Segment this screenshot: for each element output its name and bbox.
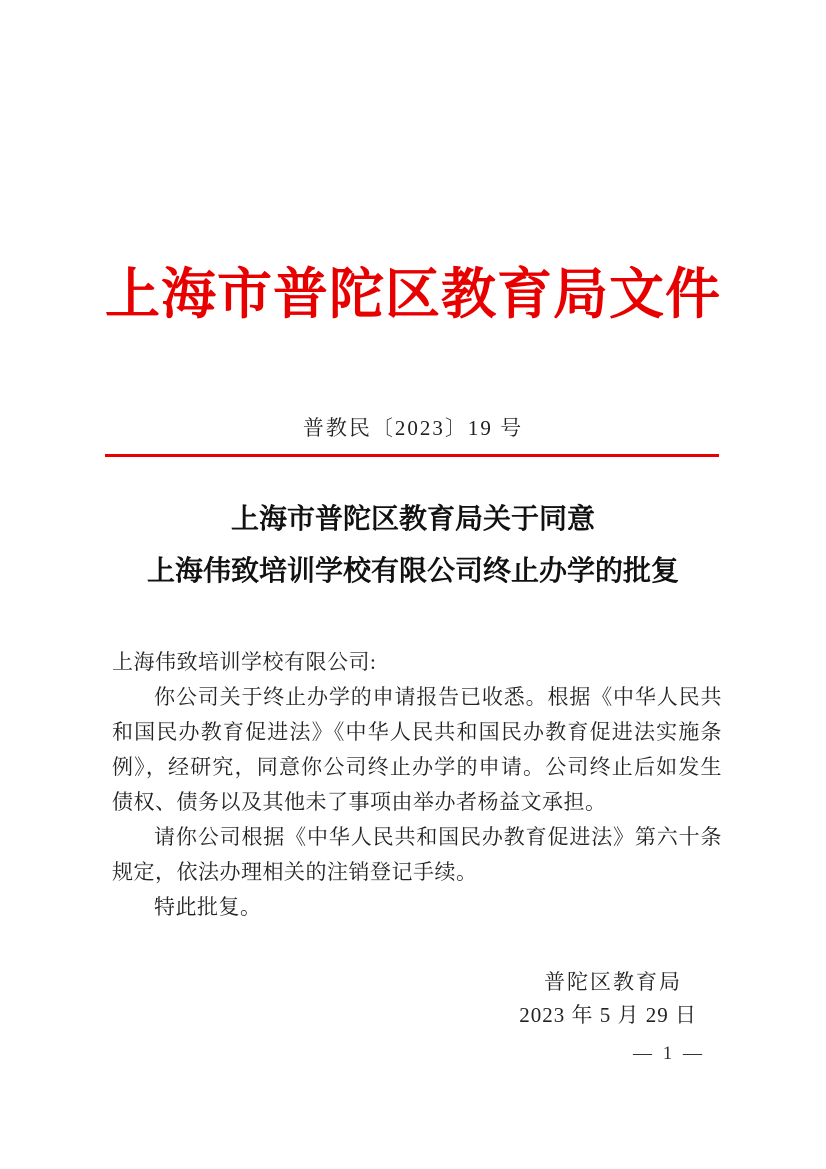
red-separator-line [105,454,719,457]
document-page: 上海市普陀区教育局文件 普教民〔2023〕19 号 上海市普陀区教育局关于同意 … [0,0,826,1169]
salutation: 上海伟致培训学校有限公司: [112,645,722,680]
document-title-line1: 上海市普陀区教育局关于同意 [0,494,826,546]
body-paragraph-2: 请你公司根据《中华人民共和国民办教育促进法》第六十条规定，依法办理相关的注销登记… [112,820,722,890]
page-number: — 1 — [633,1042,705,1066]
document-title-line2: 上海伟致培训学校有限公司终止办学的批复 [0,546,826,598]
document-title: 上海市普陀区教育局关于同意 上海伟致培训学校有限公司终止办学的批复 [0,494,826,598]
issue-date: 2023 年 5 月 29 日 [519,1001,697,1029]
document-body: 上海伟致培训学校有限公司: 你公司关于终止办学的申请报告已收悉。根据《中华人民共… [112,645,722,925]
body-paragraph-1: 你公司关于终止办学的申请报告已收悉。根据《中华人民共和国民办教育促进法》《中华人… [112,680,722,820]
masthead-title: 上海市普陀区教育局文件 [0,262,826,328]
document-number: 普教民〔2023〕19 号 [0,414,826,442]
body-paragraph-3: 特此批复。 [112,890,722,925]
issuer-signature: 普陀区教育局 [544,968,682,996]
